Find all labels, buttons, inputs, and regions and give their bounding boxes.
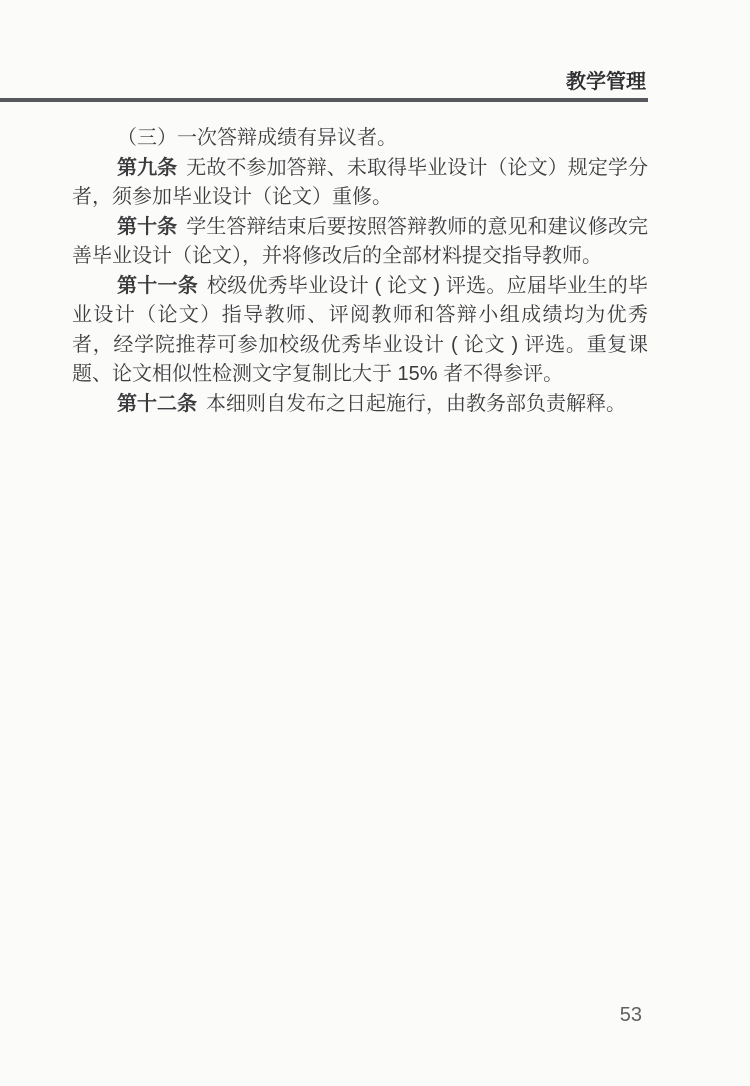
paragraph-article-10: 第十条学生答辩结束后要按照答辩教师的意见和建议修改完善毕业设计（论文），并将修改…: [72, 213, 648, 272]
paragraph-article-11: 第十一条校级优秀毕业设计 ( 论文 ) 评选。应届毕业生的毕业设计（论文）指导教…: [72, 272, 648, 390]
page-number: 53: [0, 1004, 642, 1027]
paragraph-text: （三）一次答辩成绩有异议者。: [117, 127, 397, 149]
document-page: 教学管理 （三）一次答辩成绩有异议者。 第九条无故不参加答辩、未取得毕业设计（论…: [0, 0, 750, 1086]
document-body: （三）一次答辩成绩有异议者。 第九条无故不参加答辩、未取得毕业设计（论文）规定学…: [72, 124, 648, 419]
header-rule: [0, 98, 648, 102]
article-number: 第九条: [117, 157, 177, 179]
paragraph-article-12: 第十二条本细则自发布之日起施行，由教务部负责解释。: [72, 390, 648, 420]
paragraph-text: 本细则自发布之日起施行，由教务部负责解释。: [206, 393, 626, 415]
paragraph-article-9: 第九条无故不参加答辩、未取得毕业设计（论文）规定学分者，须参加毕业设计（论文）重…: [72, 154, 648, 213]
article-number: 第十二条: [117, 393, 197, 415]
page-header-title: 教学管理: [0, 65, 646, 94]
article-number: 第十一条: [117, 275, 198, 297]
article-number: 第十条: [117, 216, 177, 238]
paragraph-item-3: （三）一次答辩成绩有异议者。: [72, 124, 648, 154]
